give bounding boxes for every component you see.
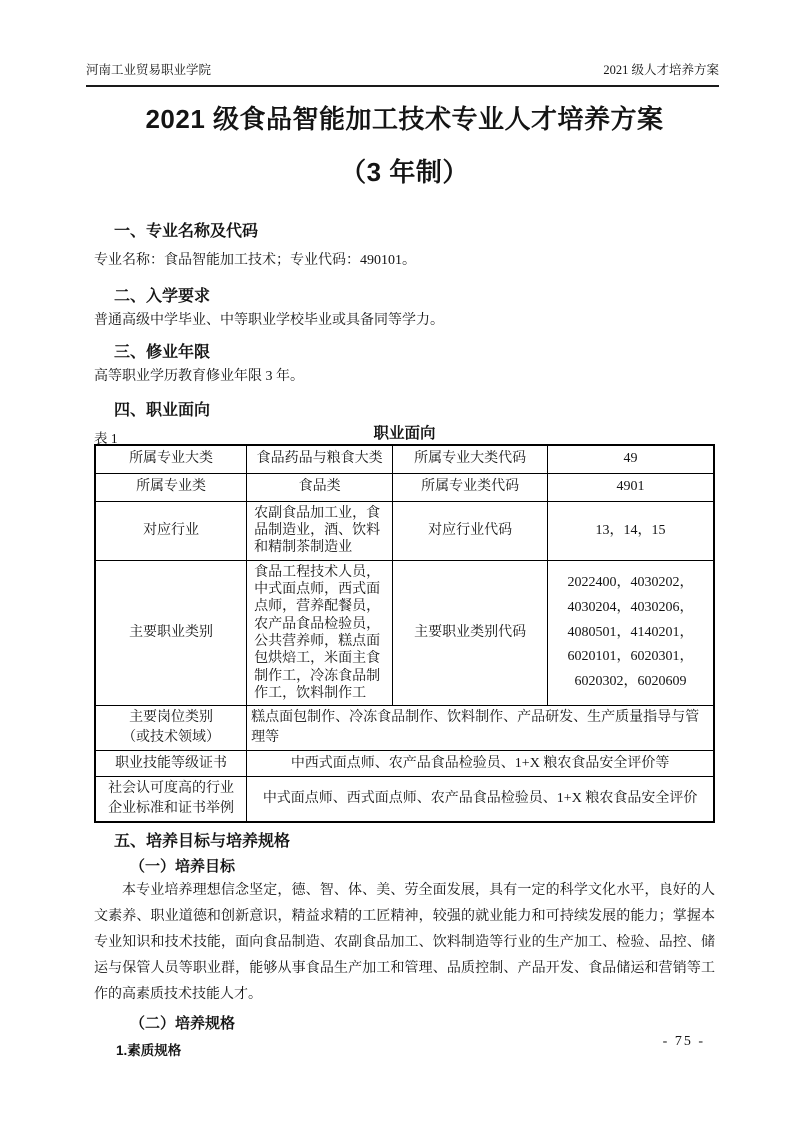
cell-standard-label: 社会认可度高的行业 企业标准和证书举例: [95, 777, 247, 822]
cell-certificate-label: 职业技能等级证书: [95, 751, 247, 777]
cell-major-type-code-value: 4901: [547, 473, 714, 501]
document-page: 河南工业贸易职业学院 2021 级人才培养方案 2021 级食品智能加工技术专业…: [0, 0, 793, 1122]
quality-spec-heading: 1.素质规格: [116, 1042, 715, 1060]
cell-certificate-value: 中西式面点师、农产品食品检验员、1+X 粮农食品安全评价等: [247, 751, 714, 777]
cell-post-type-value: 糕点面包制作、冷冻食品制作、饮料制作、产品研发、生产质量指导与管理等: [247, 706, 714, 751]
career-orientation-table: 所属专业大类 食品药品与粮食大类 所属专业大类代码 49 所属专业类 食品类 所…: [94, 444, 715, 823]
table-row: 所属专业大类 食品药品与粮食大类 所属专业大类代码 49: [95, 445, 714, 473]
section-5-heading: 五、培养目标与培养规格: [114, 831, 715, 853]
doc-subtitle: （3 年制）: [94, 154, 715, 190]
section-5-sub2-heading: （二）培养规格: [130, 1013, 715, 1034]
cell-major-type-code-label: 所属专业类代码: [393, 473, 548, 501]
table-label: 表 1: [94, 427, 118, 447]
cell-industry-label: 对应行业: [95, 501, 247, 560]
page-number: - 75 -: [663, 1034, 705, 1050]
cell-standard-value: 中式面点师、西式面点师、农产品食品检验员、1+X 粮农食品安全评价: [247, 777, 714, 822]
header-program-label: 2021 级人才培养方案: [603, 62, 719, 79]
cell-major-class-code-label: 所属专业大类代码: [393, 445, 548, 473]
table-row: 主要职业类别 食品工程技术人员，中式面点师，西式面点师，营养配餐员，农产品食品检…: [95, 560, 714, 706]
cell-post-type-label: 主要岗位类别 （或技术领域）: [95, 706, 247, 751]
cell-major-class-value: 食品药品与粮食大类: [247, 445, 393, 473]
cell-occupation-label: 主要职业类别: [95, 560, 247, 706]
header-school-name: 河南工业贸易职业学院: [86, 62, 211, 79]
section-3-heading: 三、修业年限: [114, 342, 715, 364]
cell-industry-value: 农副食品加工业，食品制造业，酒、饮料和精制茶制造业: [247, 501, 393, 560]
table-row: 职业技能等级证书 中西式面点师、农产品食品检验员、1+X 粮农食品安全评价等: [95, 751, 714, 777]
section-2-heading: 二、入学要求: [114, 286, 715, 308]
table-row: 社会认可度高的行业 企业标准和证书举例 中式面点师、西式面点师、农产品食品检验员…: [95, 777, 714, 822]
section-1-body: 专业名称：食品智能加工技术；专业代码：490101。: [94, 251, 715, 271]
cell-industry-code-value: 13，14，15: [547, 501, 714, 560]
section-1-heading: 一、专业名称及代码: [114, 221, 715, 243]
cell-occupation-value: 食品工程技术人员，中式面点师，西式面点师，营养配餐员，农产品食品检验员，公共营养…: [247, 560, 393, 706]
cell-occupation-code-label: 主要职业类别代码: [393, 560, 548, 706]
table-title: 职业面向: [94, 424, 715, 444]
table-caption: 表 1 职业面向: [94, 424, 715, 444]
cell-major-class-code-value: 49: [547, 445, 714, 473]
section-2-body: 普通高级中学毕业、中等职业学校毕业或具备同等学力。: [94, 311, 715, 331]
section-5-sub1-heading: （一）培养目标: [130, 856, 715, 877]
cell-major-type-label: 所属专业类: [95, 473, 247, 501]
cell-occupation-code-value: 2022400，4030202， 4030204，4030206， 408050…: [547, 560, 714, 706]
table-row: 主要岗位类别 （或技术领域） 糕点面包制作、冷冻食品制作、饮料制作、产品研发、生…: [95, 706, 714, 751]
running-header: 河南工业贸易职业学院 2021 级人才培养方案: [86, 62, 719, 87]
training-objective-paragraph: 本专业培养理想信念坚定，德、智、体、美、劳全面发展，具有一定的科学文化水平，良好…: [94, 878, 715, 1008]
section-3-body: 高等职业学历教育修业年限 3 年。: [94, 367, 715, 387]
doc-title: 2021 级食品智能加工技术专业人才培养方案: [94, 101, 715, 137]
table-row: 对应行业 农副食品加工业，食品制造业，酒、饮料和精制茶制造业 对应行业代码 13…: [95, 501, 714, 560]
cell-major-type-value: 食品类: [247, 473, 393, 501]
cell-major-class-label: 所属专业大类: [95, 445, 247, 473]
section-4-heading: 四、职业面向: [114, 400, 715, 422]
cell-industry-code-label: 对应行业代码: [393, 501, 548, 560]
table-row: 所属专业类 食品类 所属专业类代码 4901: [95, 473, 714, 501]
